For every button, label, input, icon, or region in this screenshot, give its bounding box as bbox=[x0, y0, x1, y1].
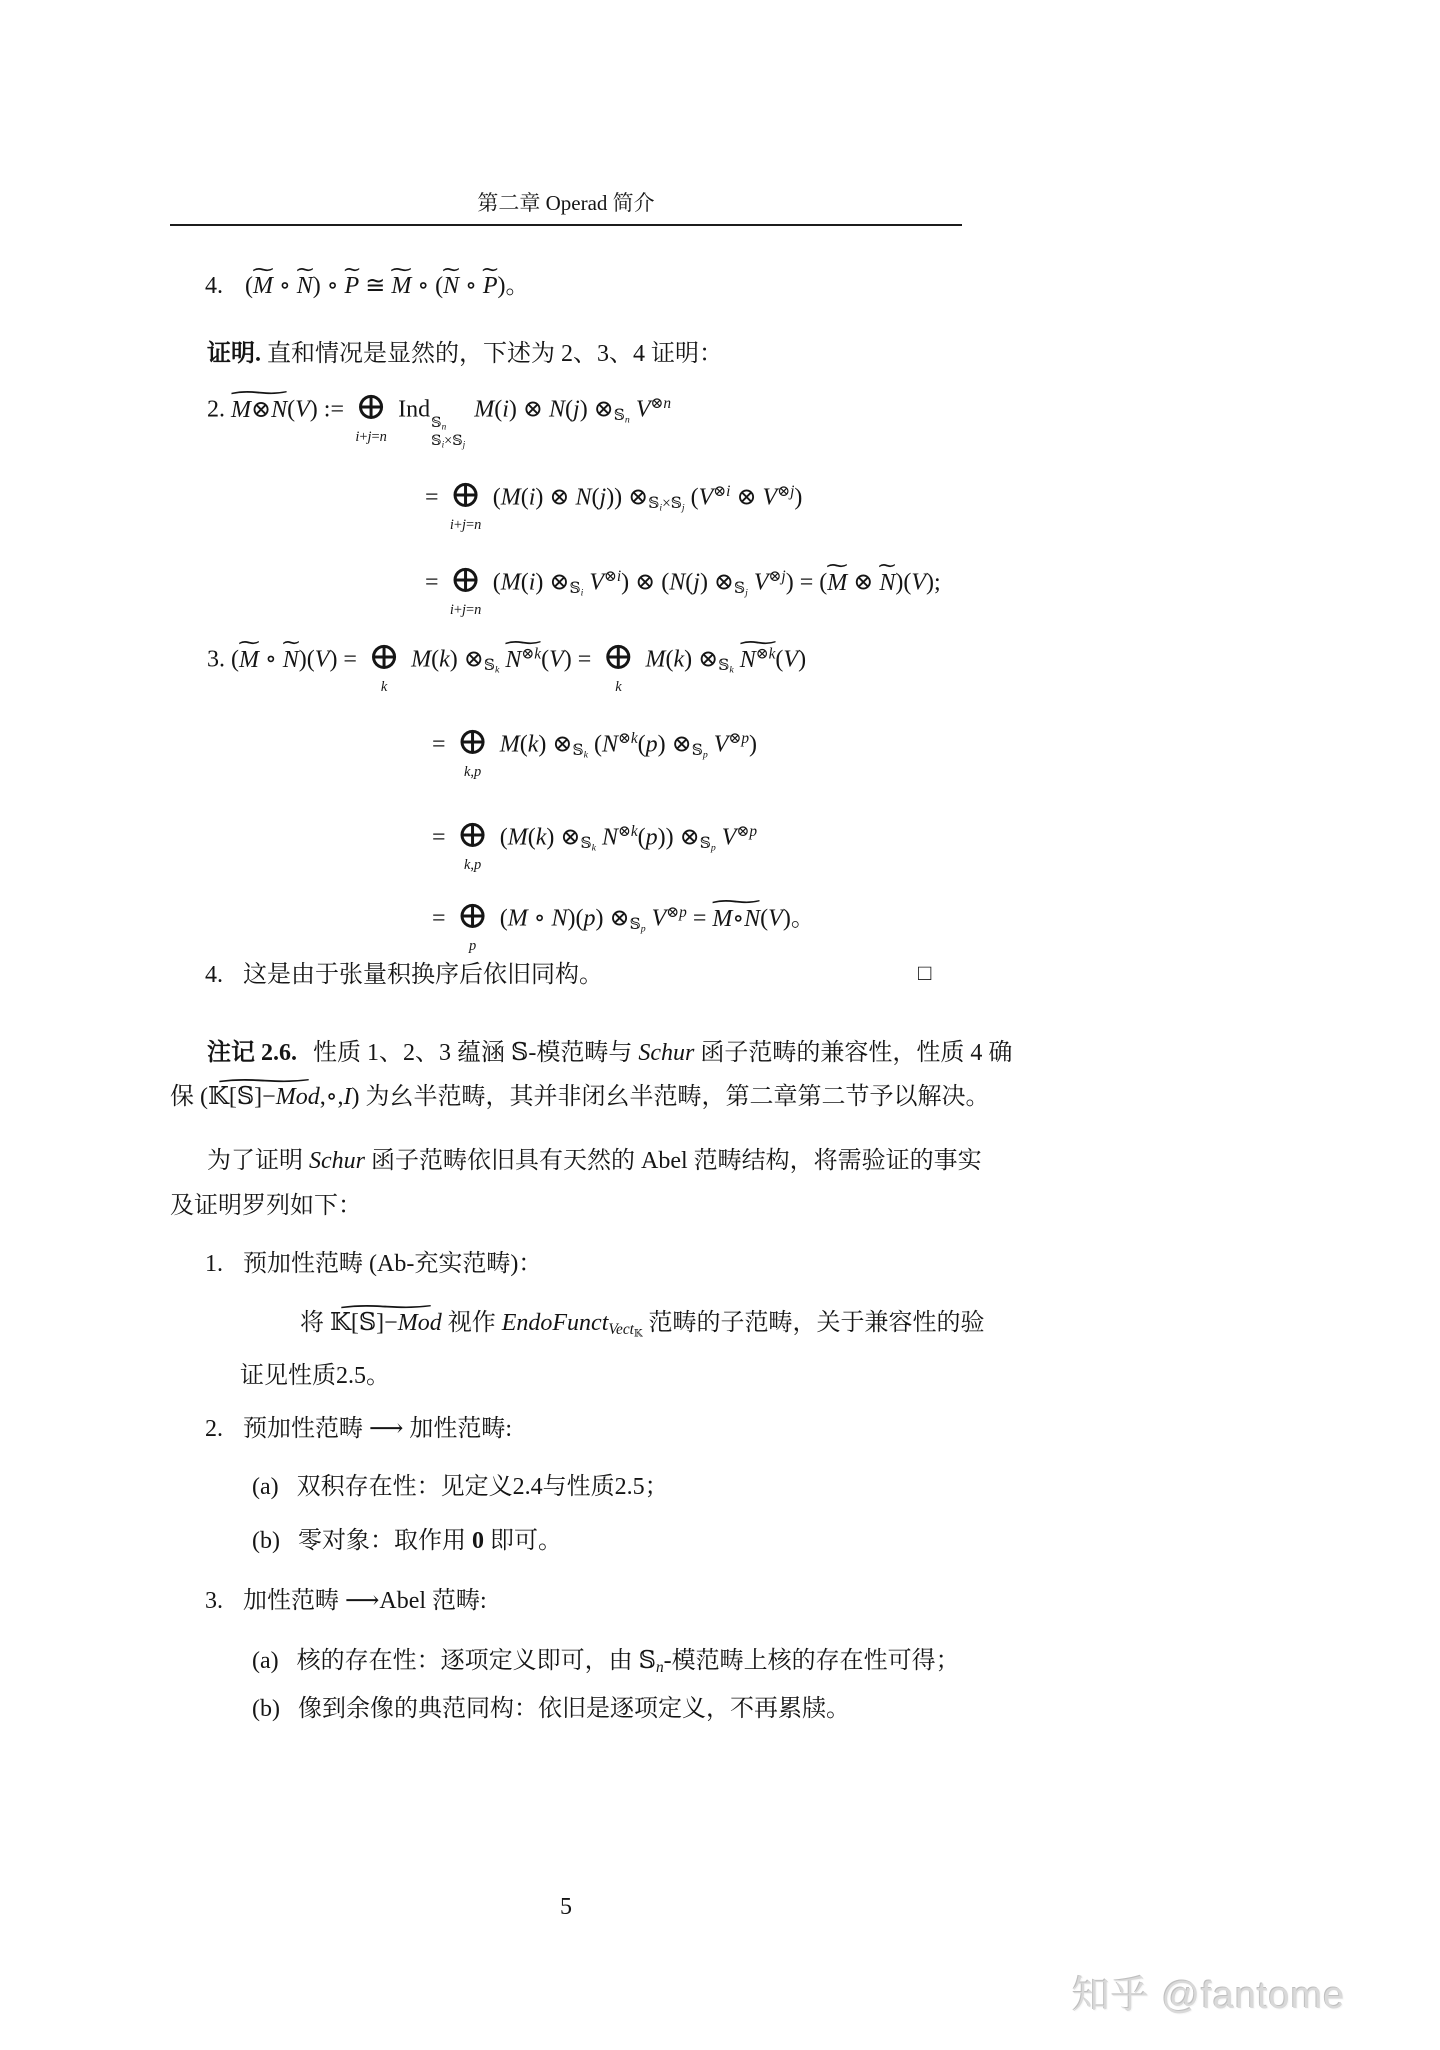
list-item-3a-label: (a) bbox=[252, 1648, 279, 1674]
list-item-3b: (b) 像到余像的典范同构：依旧是逐项定义，不再累牍。 bbox=[252, 1694, 850, 1724]
list-item-3a-text: 核的存在性：逐项定义即可，由 𝕊n-模范畴上核的存在性可得； bbox=[297, 1648, 960, 1674]
remark-label: 注记 2.6. bbox=[207, 1040, 297, 1066]
list-item-1-body-2: 证见性质2.5。 bbox=[240, 1361, 390, 1391]
equation-2-line-2: = ⊕i+j=n (M(i) ⊗ N(j)) ⊗𝕊i×𝕊j (V⊗i ⊗ V⊗j… bbox=[425, 472, 802, 526]
list-item-1-body-1: 将 ∼𝕂[𝕊]−Mod 视作 EndoFunctVect𝕂 范畴的子范畴，关于兼… bbox=[300, 1308, 985, 1338]
list-item-2a-label: (a) bbox=[252, 1474, 279, 1500]
equation-3-line-2: = ⊕k,p M(k) ⊗𝕊k (N⊗k(p) ⊗𝕊p V⊗p) bbox=[432, 719, 757, 773]
list-item-1: 1. 预加性范畴 (Ab-充实范畴)： bbox=[205, 1249, 542, 1279]
list-item-2a-text: 双积存在性：见定义2.4与性质2.5； bbox=[297, 1474, 669, 1500]
remark-line-1: 注记 2.6. 性质 1、2、3 蕴涵 𝕊-模范畴与 Schur 函子范畴的兼容… bbox=[207, 1038, 1012, 1068]
proof-item-4-number: 4. bbox=[205, 962, 223, 988]
proof-item-4: 4. 这是由于张量积换序后依旧同构。 bbox=[205, 960, 603, 990]
equation-2-line-3: = ⊕i+j=n (M(i) ⊗𝕊i V⊗i) ⊗ (N(j) ⊗𝕊j V⊗j)… bbox=[425, 557, 941, 611]
proof-item-4-text: 这是由于张量积换序后依旧同构。 bbox=[243, 962, 603, 988]
list-item-3-number: 3. bbox=[205, 1588, 223, 1614]
list-item-2-title: 预加性范畴 ⟶ 加性范畴: bbox=[243, 1416, 512, 1442]
remark-line-2: 保 (∼𝕂[𝕊]−Mod,∘,I) 为幺半范畴，其并非闭幺半范畴，第二章第二节予… bbox=[170, 1082, 989, 1112]
list-item-3a: (a) 核的存在性：逐项定义即可，由 𝕊n-模范畴上核的存在性可得； bbox=[252, 1646, 960, 1676]
equation-3-line-1: 3. (∼M ∘ ∼N)(V) = ⊕k M(k) ⊗𝕊k ∼N⊗k(V) = … bbox=[207, 634, 806, 688]
qed-symbol: □ bbox=[918, 960, 931, 986]
chapter-header-title: 第二章 Operad 简介 bbox=[170, 191, 962, 216]
list-item-3b-text: 像到余像的典范同构：依旧是逐项定义，不再累牍。 bbox=[298, 1696, 850, 1722]
remark-line-1-text: 性质 1、2、3 蕴涵 𝕊-模范畴与 Schur 函子范畴的兼容性，性质 4 确 bbox=[313, 1040, 1012, 1066]
list-item-2a: (a) 双积存在性：见定义2.4与性质2.5； bbox=[252, 1472, 669, 1502]
property-4-statement: 4. (∼M ∘ ∼N) ∘ ∼P ≅ ∼M ∘ (∼N ∘ ∼P)。 bbox=[205, 271, 530, 301]
document-page: 第二章 Operad 简介 4. (∼M ∘ ∼N) ∘ ∼P ≅ ∼M ∘ (… bbox=[0, 0, 1440, 2050]
watermark: 知乎 @fantome bbox=[1072, 1964, 1345, 2019]
property-4-formula: (∼M ∘ ∼N) ∘ ∼P ≅ ∼M ∘ (∼N ∘ ∼P)。 bbox=[245, 273, 530, 299]
proof-label: 证明. bbox=[207, 341, 261, 367]
list-item-3b-label: (b) bbox=[252, 1696, 280, 1722]
paragraph-line-1: 为了证明 Schur 函子范畴依旧具有天然的 Abel 范畴结构，将需验证的事实 bbox=[207, 1146, 982, 1176]
equation-3-line-3: = ⊕k,p (M(k) ⊗𝕊k N⊗k(p)) ⊗𝕊p V⊗p bbox=[432, 812, 757, 866]
list-item-1-number: 1. bbox=[205, 1251, 223, 1277]
property-4-number: 4. bbox=[205, 273, 223, 299]
list-item-2b-text: 零对象：取作用 0 即可。 bbox=[298, 1528, 562, 1554]
list-item-2-number: 2. bbox=[205, 1416, 223, 1442]
page-number: 5 bbox=[170, 1892, 962, 1922]
list-item-2b-label: (b) bbox=[252, 1528, 280, 1554]
list-item-3-title: 加性范畴 ⟶Abel 范畴: bbox=[243, 1588, 487, 1614]
header-rule bbox=[170, 224, 962, 226]
list-item-1-title: 预加性范畴 (Ab-充实范畴)： bbox=[243, 1251, 542, 1277]
list-item-2: 2. 预加性范畴 ⟶ 加性范畴: bbox=[205, 1414, 512, 1444]
equation-3-line-4: = ⊕p (M ∘ N)(p) ⊗𝕊p V⊗p = ∼M∘N(V)。 bbox=[432, 893, 815, 947]
proof-intro-text: 直和情况是显然的，下述为 2、3、4 证明： bbox=[267, 341, 723, 367]
list-item-2b: (b) 零对象：取作用 0 即可。 bbox=[252, 1526, 562, 1556]
proof-intro-line: 证明. 直和情况是显然的，下述为 2、3、4 证明： bbox=[207, 339, 723, 369]
list-item-3: 3. 加性范畴 ⟶Abel 范畴: bbox=[205, 1586, 487, 1616]
paragraph-line-2: 及证明罗列如下： bbox=[170, 1191, 362, 1221]
equation-2-line-1: 2. ∼M⊗N(V) := ⊕i+j=n Ind𝕊n𝕊i×𝕊j M(i) ⊗ N… bbox=[207, 384, 671, 450]
